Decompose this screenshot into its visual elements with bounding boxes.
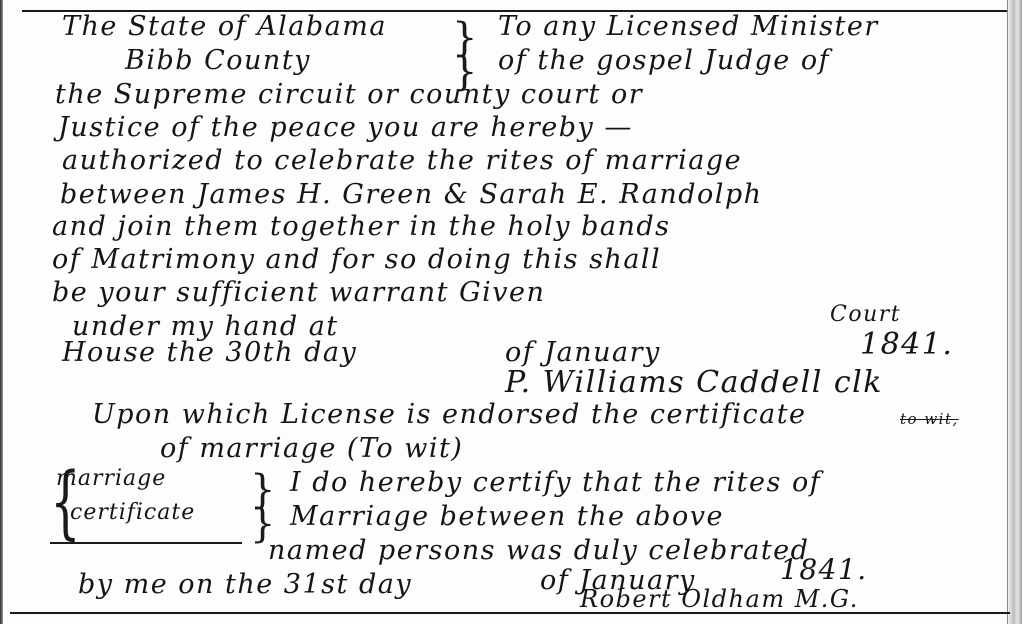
license-date-line: House the 30th day — [62, 338, 357, 368]
struck-text: to wit, — [900, 404, 959, 434]
certificate-date-year: 1841. — [780, 555, 868, 585]
endorsement-line-1: Upon which License is endorsed the certi… — [92, 400, 807, 430]
addressee-line-1: To any Licensed Minister — [498, 12, 879, 42]
clerk-signature: P. Williams Caddell clk — [505, 368, 883, 398]
license-line-couple: between James H. Green & Sarah E. Randol… — [60, 180, 763, 210]
page-left-edge — [0, 0, 3, 624]
addressee-line-2: of the gospel Judge of — [498, 46, 830, 76]
state-heading: The State of Alabama — [62, 12, 387, 42]
bottom-rule — [10, 612, 1010, 614]
county-heading: Bibb County — [125, 46, 311, 76]
license-line-5: authorized to celebrate the rites of mar… — [62, 146, 742, 176]
license-date-month: of January — [505, 338, 661, 368]
license-line-8: of Matrimony and for so doing this shall — [52, 245, 661, 275]
license-date-year: 1841. — [860, 330, 953, 360]
minister-signature: Robert Oldham M.G. — [580, 584, 859, 614]
page-right-edge — [1007, 0, 1022, 624]
document-page: The State of Alabama } To any Licensed M… — [0, 0, 1022, 624]
license-line-4: Justice of the peace you are hereby — — [58, 113, 633, 143]
court-word: Court — [830, 300, 901, 330]
certificate-line-1: I do hereby certify that the rites of — [290, 468, 821, 498]
margin-note-marriage: marriage — [56, 466, 166, 491]
certificate-line-3: named persons was duly celebrated — [268, 536, 809, 566]
license-line-3: the Supreme circuit or county court or — [55, 80, 643, 110]
license-line-7: and join them together in the holy bands — [52, 212, 671, 242]
margin-note-certificate: certificate — [70, 500, 195, 525]
certificate-line-2: Marriage between the above — [290, 502, 724, 532]
endorsement-line-2: of marriage (To wit) — [160, 434, 463, 464]
certificate-date-line: by me on the 31st day — [78, 570, 412, 600]
license-line-9: be your sufficient warrant Given — [52, 278, 545, 308]
